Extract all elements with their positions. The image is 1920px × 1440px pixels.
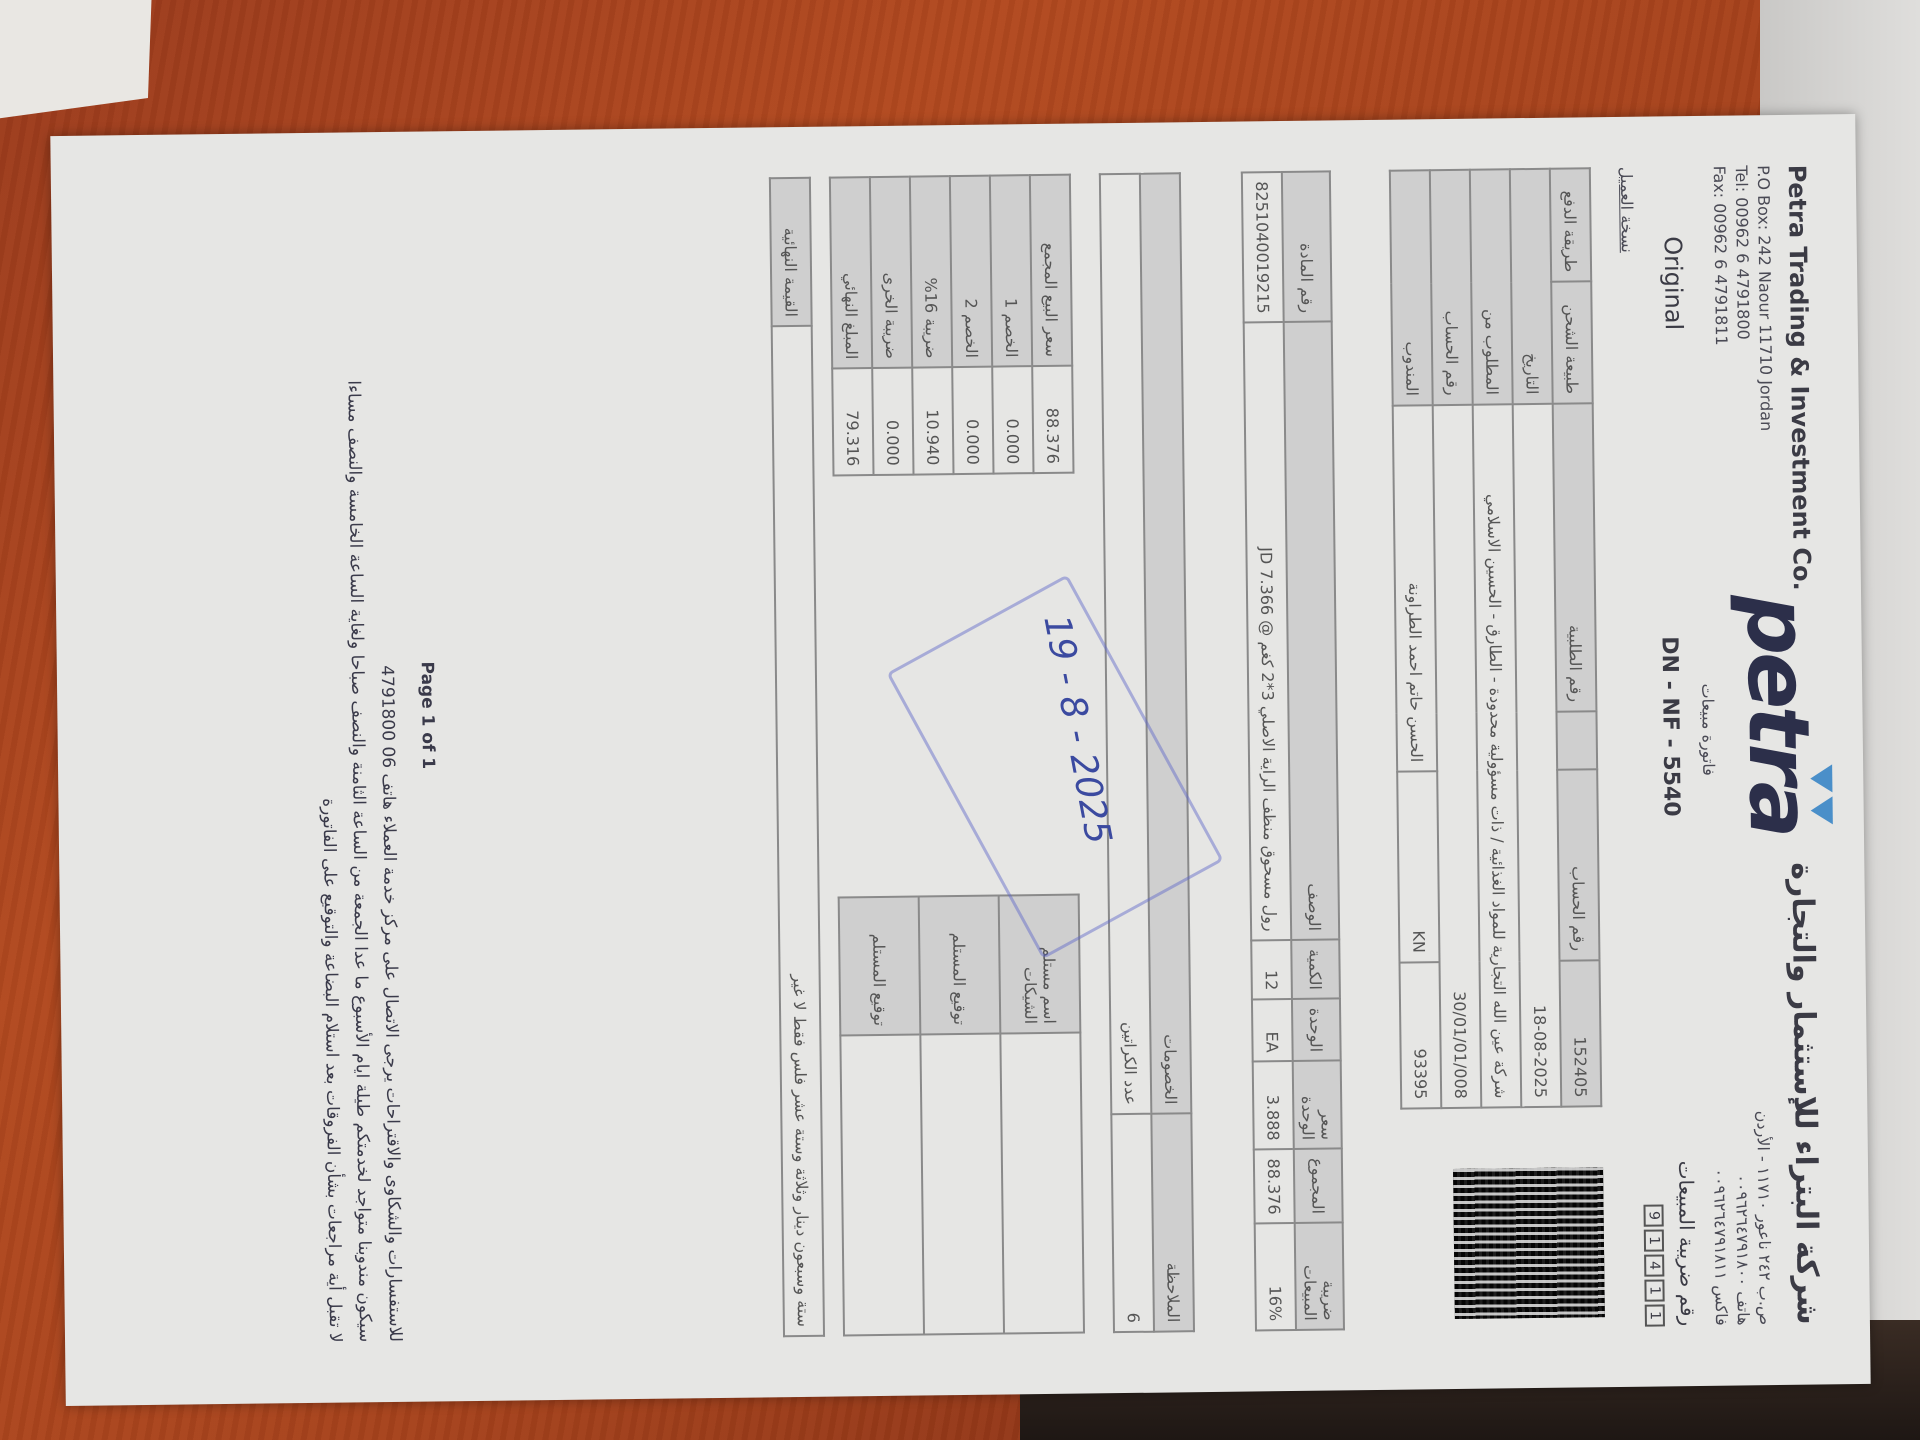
company-fax-en: Fax: 00962 6 4791811 <box>1710 166 1731 346</box>
tax-number-label: رقم ضريبة المبيعات <box>1674 1161 1700 1327</box>
item-tax: 16% <box>1255 1223 1296 1330</box>
info-table: 152405 رقم الحساب رقم الطلبية طبيعة الشح… <box>1389 167 1602 1109</box>
summary-value: 88.376 <box>1032 366 1073 473</box>
summary-value: 0.000 <box>952 367 993 474</box>
item-description: رول مسحوق منظف الراية الاصلي 3*2 كغم @ 7… <box>1244 322 1292 940</box>
header-value: 152405 <box>1559 960 1601 1107</box>
doc-type-ar: فاتورة مبيعات <box>1697 626 1718 776</box>
carton-count-value: 6 <box>1111 1114 1154 1332</box>
info-header: رقم الطلبية <box>1553 403 1597 711</box>
info-header: رقم الحساب <box>1557 769 1599 960</box>
delivery-note-sheet: Petra Trading & Investment Co. P.O Box: … <box>50 114 1870 1406</box>
doc-number: DN - NF - 5540 <box>1657 636 1684 817</box>
rep-code: 93395 <box>1400 962 1442 1109</box>
signature-label: توقيع المستلم <box>919 896 1001 1035</box>
summary-total-label: المبلغ النهائي <box>830 177 872 369</box>
col-total: المجموع <box>1294 1149 1343 1224</box>
signature-label: توقيع المستلم <box>839 897 921 1036</box>
summary-label: سعر البيع المجمع <box>1030 175 1072 367</box>
remarks-label: الملاحظة <box>1151 1113 1194 1331</box>
rep-value: الحسن حاتم احمد الطراونة <box>1393 405 1437 772</box>
company-name-en: Petra Trading & Investment Co. <box>1783 165 1816 591</box>
page-number: Page 1 of 1 <box>417 661 438 769</box>
summary-value: 0.000 <box>872 368 913 475</box>
summary-value: 0.000 <box>992 366 1033 473</box>
account-label: رقم الحساب <box>1430 170 1473 405</box>
info-header: طريقة الدفع <box>1550 168 1591 281</box>
company-tel-ar: هاتف ٠٠٩٦٢٦٤٧٩١٨٠٠ <box>1732 1174 1753 1325</box>
footer-line-1: للاستفسارات والشكاوى والاقتراحات يرجى ال… <box>371 182 405 1342</box>
items-table: ضريبة المبيعات المجموع سعر الوحدة الوحدة… <box>1241 170 1345 1331</box>
petra-logo: petra <box>1728 594 1829 836</box>
item-unit-price: 3.888 <box>1253 1061 1294 1149</box>
delivery-note-page: Petra Trading & Investment Co. P.O Box: … <box>70 124 1865 1376</box>
item-unit: EA <box>1252 999 1293 1062</box>
tax-box: 1 <box>1644 1279 1664 1301</box>
col-qty: الكمية <box>1291 940 1340 999</box>
company-fax-ar: فاكس ٠٠٩٦٢٦٤٧٩١٨١١ <box>1710 1168 1731 1326</box>
item-total: 88.376 <box>1254 1149 1295 1223</box>
summary-label: الخصم 2 <box>950 176 992 368</box>
col-unit-price: سعر الوحدة <box>1293 1061 1342 1150</box>
signature-table: اسم مستلم الشيكات توقيع المستلم توقيع ال… <box>838 894 1085 1337</box>
rep-region: KN <box>1397 771 1439 962</box>
rep-label: المندوب <box>1390 170 1433 405</box>
col-description: الوصف <box>1284 322 1340 941</box>
date-label: التاريخ <box>1510 169 1553 404</box>
item-qty: 12 <box>1251 940 1292 999</box>
summary-label: ضريبة الخرى <box>870 177 912 369</box>
company-address-ar: ص.ب ٢٤٢ ناعور ١١٧١٠ - الأردن <box>1753 1111 1775 1326</box>
summary-value: 10.940 <box>912 367 953 474</box>
info-header: طبيعة الشحن <box>1551 281 1592 403</box>
footer-line-3: لا تقبل أية مراجعات بشأن الفروقات بعد اس… <box>311 183 345 1343</box>
col-tax: ضريبة المبيعات <box>1295 1223 1344 1330</box>
item-number: 8251040019215 <box>1242 172 1284 323</box>
tax-box: 4 <box>1644 1254 1664 1276</box>
tax-number-boxes: 9 1 4 1 1 <box>1643 1204 1664 1326</box>
company-tel-en: Tel: 00962 6 4791800 <box>1732 165 1753 340</box>
copy-label-ar: نسخة العميل <box>1617 167 1637 253</box>
tax-box: 1 <box>1645 1304 1665 1326</box>
copy-label: Original <box>1659 236 1688 330</box>
final-value-words: ستة وسبعون دينار وثلاثة وستة عشر فلس فقط… <box>772 326 824 1336</box>
col-unit: الوحدة <box>1292 999 1341 1062</box>
summary-total-value: 79.316 <box>832 368 873 475</box>
company-name-ar: شركة البتراء للإستثمار والتجارة <box>1784 862 1825 1325</box>
summary-label: ضريبة 16% <box>910 176 952 368</box>
summary-label: الخصم 1 <box>990 175 1032 367</box>
company-address-en: P.O Box: 242 Naour 11710 Jordan <box>1754 165 1776 431</box>
footer-line-2: سيكون مندوبنا متواجد لخدمتكم طيلة ايام ا… <box>341 182 375 1342</box>
qr-code <box>1453 1167 1605 1319</box>
final-value-table: ستة وسبعون دينار وثلاثة وستة عشر فلس فقط… <box>769 177 825 1337</box>
header-value <box>1556 711 1597 770</box>
col-item-no: رقم المادة <box>1282 171 1332 322</box>
logo-triangles-icon <box>1804 764 1833 828</box>
tax-box: 9 <box>1643 1204 1663 1226</box>
customer-label: المطلوب من <box>1470 169 1513 404</box>
tax-box: 1 <box>1644 1229 1664 1251</box>
final-value-label: القيمة النهائية <box>770 178 812 326</box>
summary-table: 88.376سعر البيع المجمع 0.000الخصم 1 0.00… <box>829 174 1075 477</box>
